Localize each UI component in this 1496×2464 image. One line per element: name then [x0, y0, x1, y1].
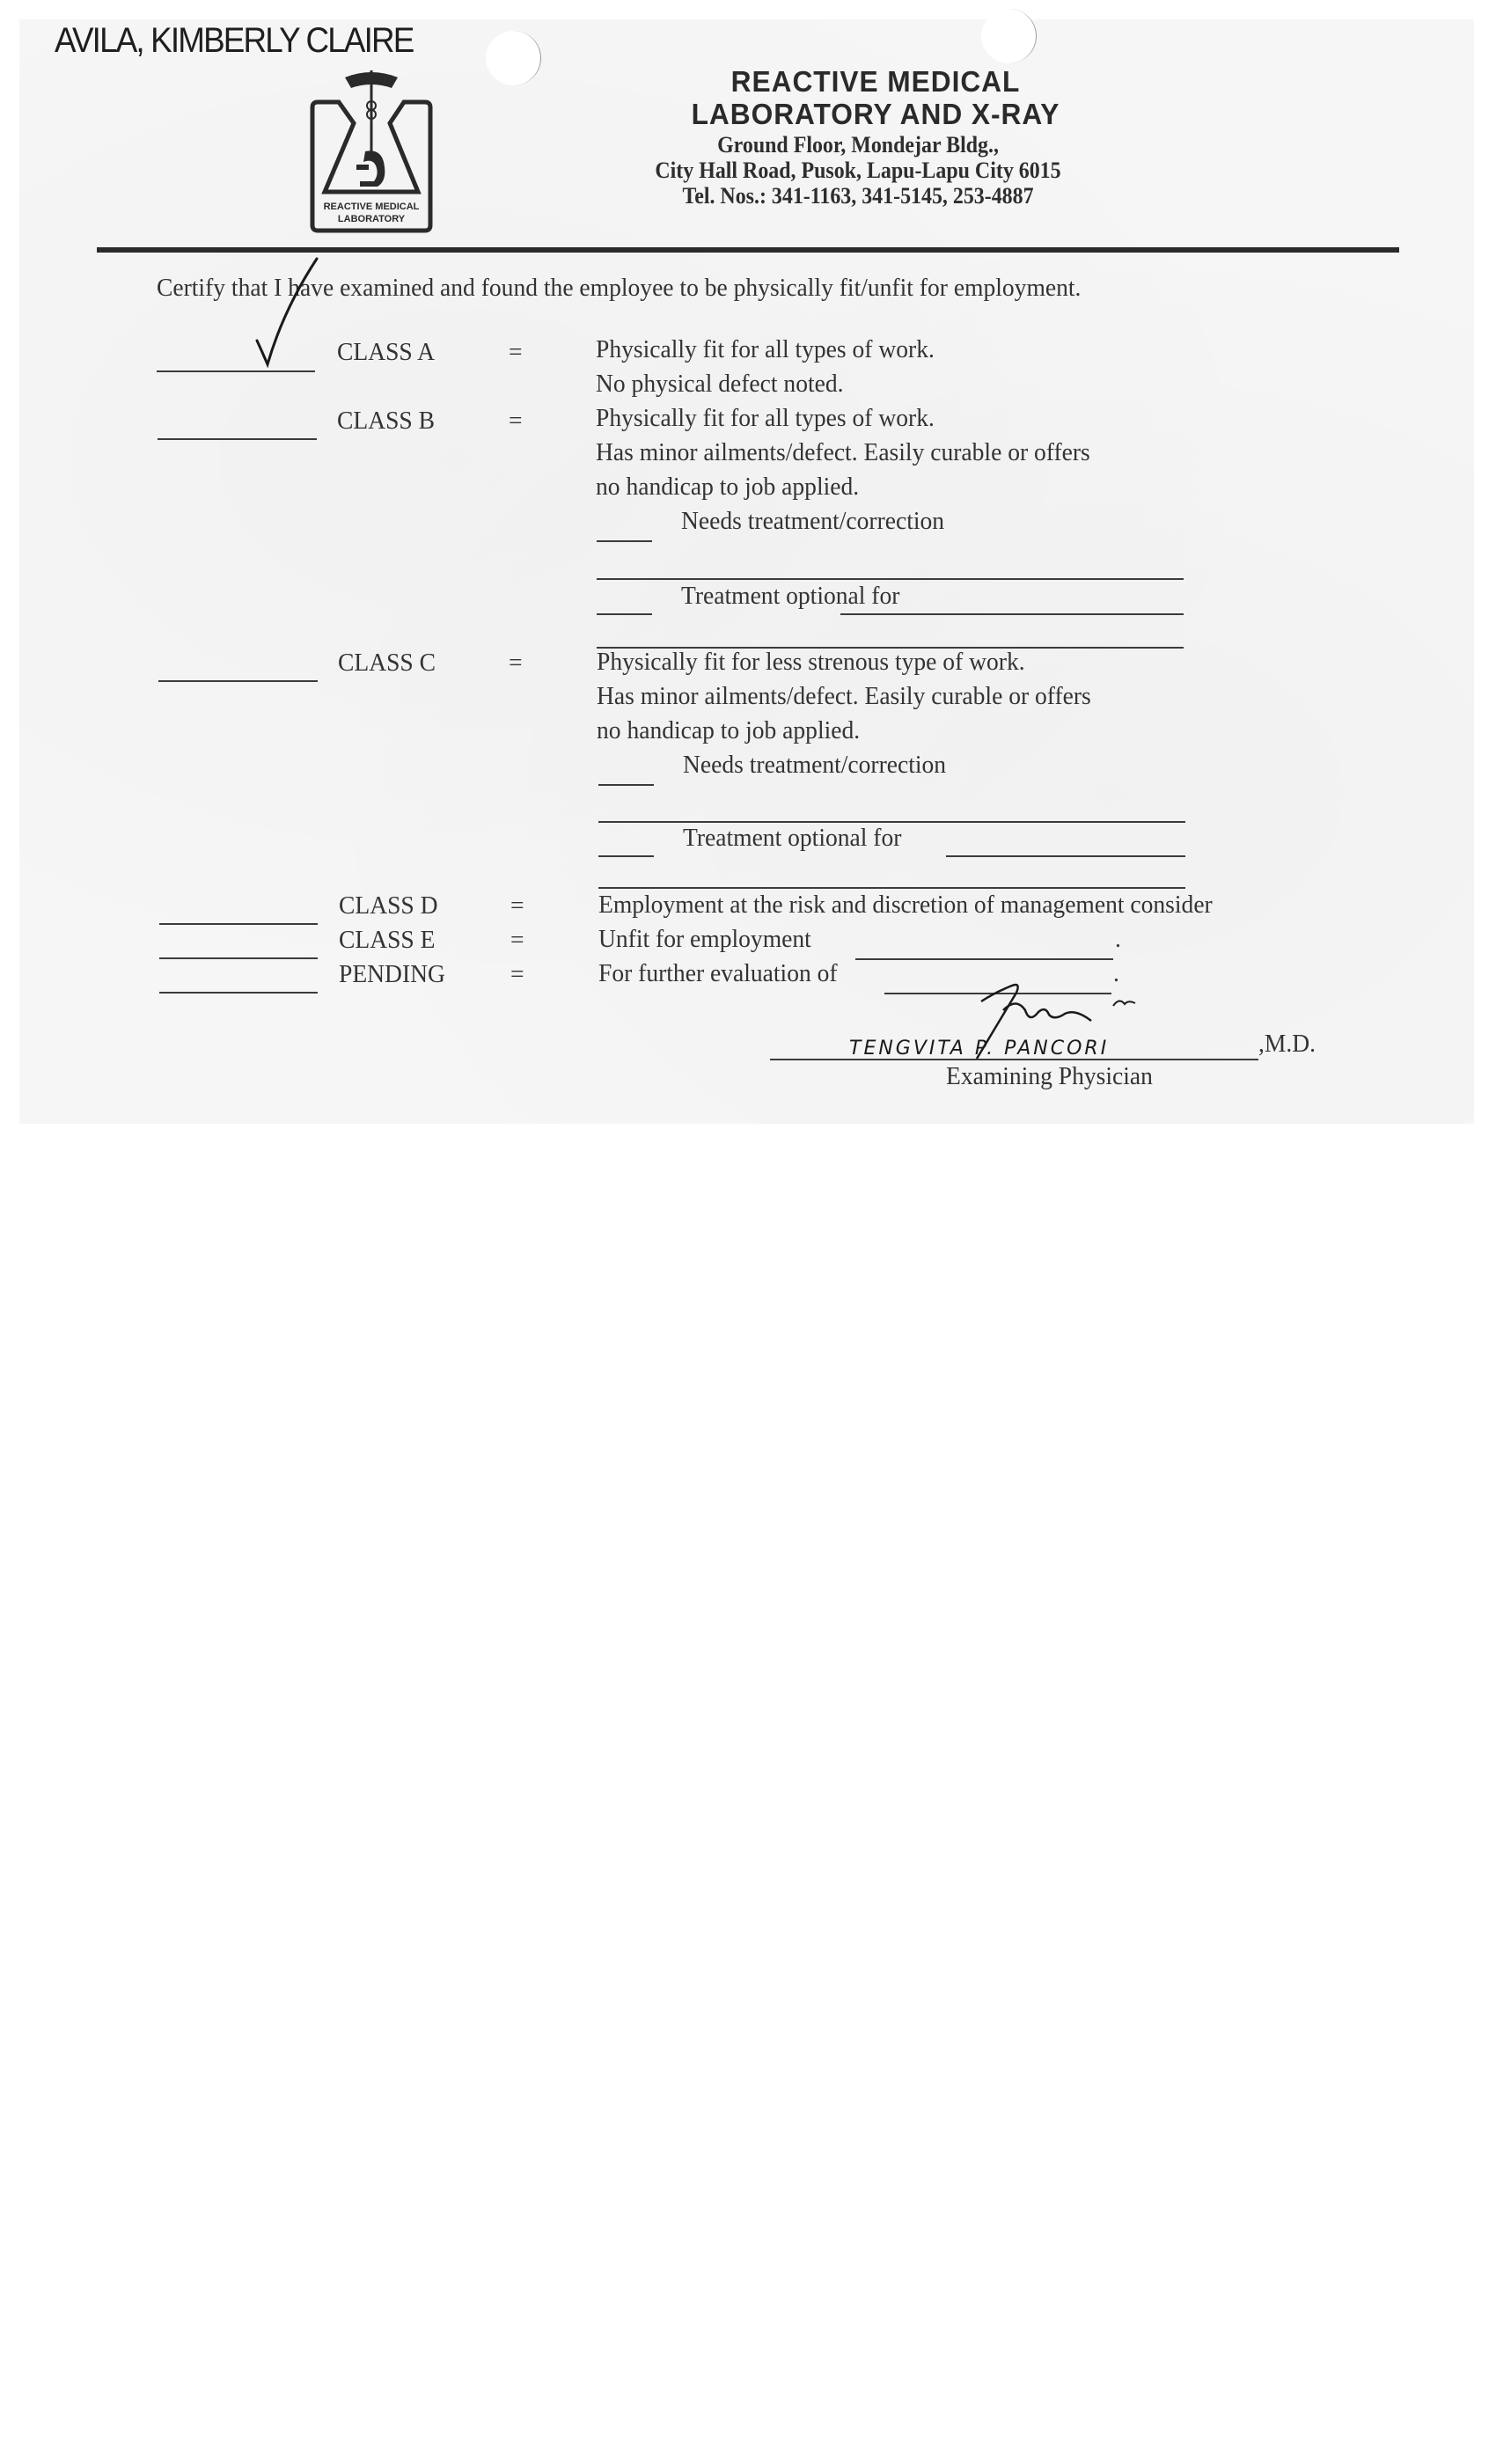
class-a-desc-1: Physically fit for all types of work.	[596, 335, 935, 364]
class-c-desc-2: Has minor ailments/defect. Easily curabl…	[597, 682, 1091, 711]
class-d-label: CLASS D	[339, 891, 438, 920]
class-a-checkbox-line[interactable]	[157, 370, 315, 372]
class-b-desc-3: no handicap to job applied.	[596, 473, 859, 502]
svg-text:LABORATORY: LABORATORY	[338, 214, 406, 224]
class-b-treatment-optional-line[interactable]	[597, 613, 652, 615]
class-c-treatment-optional-detail-line[interactable]	[598, 887, 1185, 889]
class-e-desc-1: Unfit for employment	[598, 925, 811, 954]
class-b-needs-treatment-detail-line[interactable]	[597, 578, 1184, 580]
class-b-label: CLASS B	[337, 407, 435, 436]
equals-sign: =	[509, 649, 523, 678]
patient-name: AVILA, KIMBERLY CLAIRE	[55, 21, 413, 61]
hole-punch	[486, 31, 541, 85]
signature-caption: Examining Physician	[946, 1062, 1153, 1091]
class-c-desc-3: no handicap to job applied.	[597, 716, 860, 745]
class-b-desc-2: Has minor ailments/defect. Easily curabl…	[596, 438, 1090, 467]
pending-checkbox-line[interactable]	[159, 992, 318, 994]
class-c-needs-treatment-detail-line[interactable]	[598, 821, 1185, 823]
svg-text:TENGVITA P. PANCORI: TENGVITA P. PANCORI	[849, 1038, 1109, 1060]
class-c-desc-1: Physically fit for less strenous type of…	[597, 648, 1025, 677]
lab-name-line1: REACTIVE MEDICAL	[702, 65, 1049, 99]
class-b-needs-treatment-line[interactable]	[597, 540, 652, 542]
pending-desc-1: For further evaluation of	[598, 959, 838, 988]
address-line1: Ground Floor, Mondejar Bldg.,	[635, 132, 1081, 158]
class-b-treatment-optional-field[interactable]	[840, 613, 1184, 615]
class-b-checkbox-line[interactable]	[158, 438, 317, 440]
svg-text:REACTIVE MEDICAL: REACTIVE MEDICAL	[324, 202, 420, 212]
pending-label: PENDING	[339, 960, 445, 989]
class-e-period: .	[1115, 925, 1121, 954]
class-c-treatment-optional-line[interactable]	[598, 855, 654, 857]
class-b-needs-treatment-label: Needs treatment/correction	[681, 507, 944, 536]
class-c-treatment-optional-field[interactable]	[946, 855, 1185, 857]
physician-signature-icon: TENGVITA P. PANCORI	[845, 975, 1258, 1063]
class-c-treatment-optional-label: Treatment optional for	[683, 824, 901, 853]
class-b-desc-1: Physically fit for all types of work.	[596, 404, 935, 433]
equals-sign: =	[510, 926, 524, 955]
class-e-label: CLASS E	[339, 926, 435, 955]
class-b-treatment-optional-label: Treatment optional for	[681, 582, 899, 611]
address-line2: City Hall Road, Pusok, Lapu-Lapu City 60…	[595, 158, 1121, 184]
equals-sign: =	[510, 960, 524, 989]
equals-sign: =	[510, 891, 524, 920]
class-e-checkbox-line[interactable]	[159, 957, 318, 959]
phone-line: Tel. Nos.: 341-1163, 341-5145, 253-4887	[595, 183, 1121, 209]
hole-punch	[981, 9, 1037, 63]
class-a-desc-2: No physical defect noted.	[596, 370, 844, 399]
checkmark-icon	[248, 257, 319, 371]
class-d-desc-1: Employment at the risk and discretion of…	[598, 891, 1213, 920]
lab-name-line2: LABORATORY AND X-RAY	[660, 98, 1091, 131]
equals-sign: =	[509, 338, 523, 367]
signature-line[interactable]	[770, 1059, 1258, 1060]
equals-sign: =	[509, 407, 523, 436]
class-c-needs-treatment-label: Needs treatment/correction	[683, 751, 946, 780]
class-c-label: CLASS C	[338, 649, 436, 678]
class-c-checkbox-line[interactable]	[158, 680, 318, 682]
laboratory-logo-icon: REACTIVE MEDICAL LABORATORY	[305, 70, 437, 233]
class-a-label: CLASS A	[337, 338, 435, 367]
class-e-reason-field[interactable]	[855, 958, 1113, 960]
class-d-checkbox-line[interactable]	[159, 923, 318, 925]
header-divider	[97, 247, 1399, 253]
class-c-needs-treatment-line[interactable]	[598, 784, 654, 786]
md-suffix: ,M.D.	[1258, 1030, 1316, 1059]
